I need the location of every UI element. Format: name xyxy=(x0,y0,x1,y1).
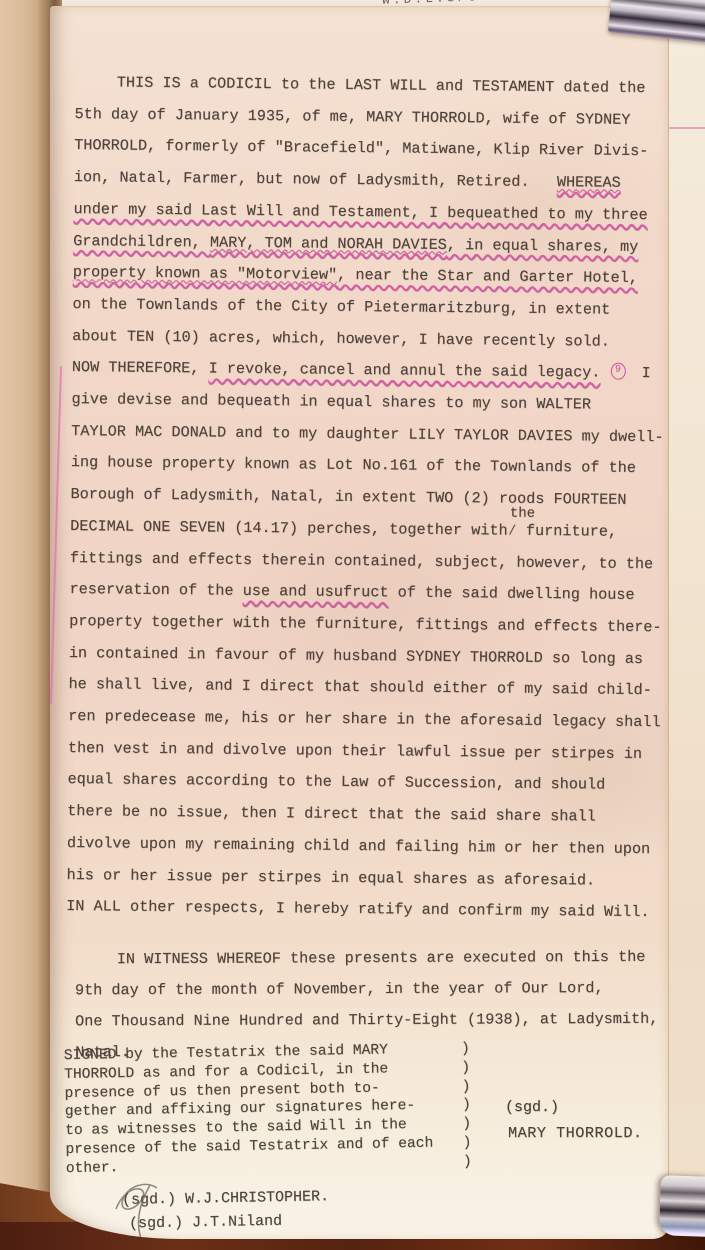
pink-underlined-text: Grandchildren, xyxy=(73,232,210,251)
witness-name: J.T.Niland xyxy=(192,1213,282,1232)
attestation-bracket: ) xyxy=(461,1059,470,1078)
pink-underlined-text: , in equal shares, my xyxy=(447,235,639,255)
attestation-bracket: ) xyxy=(461,1040,470,1059)
text-line: IN ALL other respects, I hereby ratify a… xyxy=(66,891,662,929)
double-underlined-text: MARY, TOM and NORAH DAVIES xyxy=(210,233,447,253)
codicil-page: THIS IS a CODICIL to the LAST WILL and T… xyxy=(50,6,669,1239)
sgd-label: (sgd.) xyxy=(505,1099,559,1116)
pink-underlined-text: , near the Star and Garter Hotel, xyxy=(337,266,638,287)
pink-underlined-text: under my said Last Will and Testament, I… xyxy=(73,200,647,224)
inserted-word: the∕ xyxy=(507,515,516,547)
text-line: 9th day of the month of November, in the… xyxy=(75,973,669,1007)
pink-ruled-line xyxy=(663,127,705,129)
attestation-bracket: ) xyxy=(462,1115,471,1134)
attestation-bracket: ) xyxy=(462,1078,471,1097)
text-line: IN WITNESS WHEREOF these presents are ex… xyxy=(75,942,669,976)
pink-underlined-text: use and usufruct xyxy=(243,582,389,602)
testatrix-signature-name: MARY THORROLD. xyxy=(508,1124,643,1142)
double-underlined-text: WHEREAS xyxy=(557,173,621,192)
pink-underlined-text: I revoke, cancel and annul the said lega… xyxy=(208,360,600,382)
text-line: One Thousand Nine Hundred and Thirty-Eig… xyxy=(75,1004,669,1038)
paper-clip-bottom xyxy=(659,1175,705,1237)
ink-scribble xyxy=(110,1179,176,1239)
codicil-main-paragraph: THIS IS a CODICIL to the LAST WILL and T… xyxy=(66,67,669,929)
witness-name: W.J.CHRISTOPHER. xyxy=(185,1188,329,1208)
attestation-bracket: ) xyxy=(462,1096,471,1115)
photographed-document-scene: W.D.L.3/5 THIS IS a CODICIL to the LAST … xyxy=(0,0,705,1250)
attestation-bracket: ) xyxy=(463,1134,472,1153)
circled-annotation-mark: 9 xyxy=(610,363,625,380)
attestation-block: SIGNED by the Testatrix the said MARY)TH… xyxy=(64,1040,466,1179)
attestation-bracket: ) xyxy=(463,1153,472,1172)
attestation-text: other. xyxy=(66,1160,119,1177)
double-underlined-text: property known as "Motorview" xyxy=(73,263,337,284)
